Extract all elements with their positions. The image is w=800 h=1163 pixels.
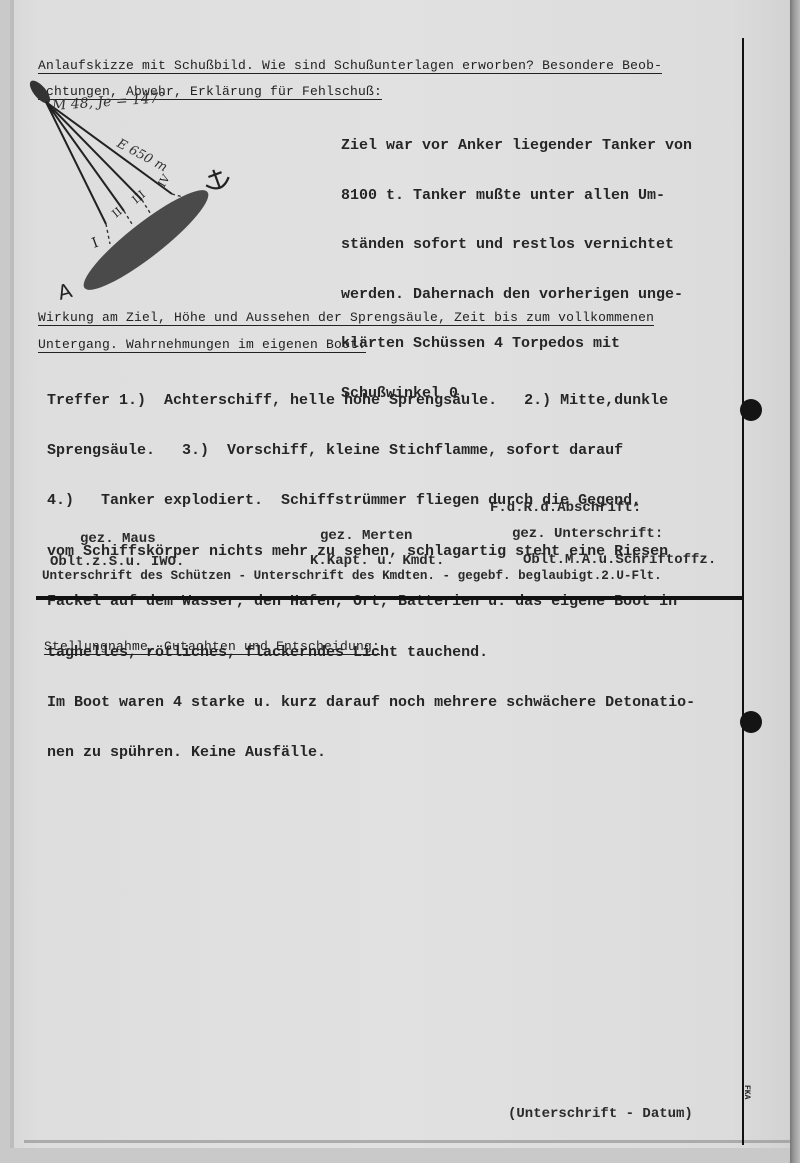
svg-text:I: I <box>90 235 101 252</box>
signature-2-name: gez. Merten <box>320 528 412 544</box>
perforated-edge <box>790 0 800 1163</box>
signature-date-caption: (Unterschrift - Datum) <box>508 1106 693 1122</box>
signature-caption: Unterschrift des Schützen - Unterschrift… <box>42 569 662 583</box>
signature-3-name: gez. Unterschrift: <box>512 526 663 542</box>
anchor-icon <box>202 166 231 193</box>
signature-3-rank: Oblt.M.A.u.Schriftoffz. <box>523 552 716 568</box>
right-margin-rule <box>742 38 744 1145</box>
punch-hole <box>740 399 762 421</box>
signature-1-rank: Oblt.z.S.u. IWO. <box>50 554 184 570</box>
u-boat-icon <box>26 77 53 106</box>
section2-heading-line1: Wirkung am Ziel, Höhe und Aussehen der S… <box>38 310 654 325</box>
section3-heading: Stellungnahme, Gutachten und Entscheidun… <box>44 639 380 654</box>
svg-text:E 650 m: E 650 m <box>113 136 169 175</box>
svg-text:A: A <box>55 278 75 305</box>
certification-label: F.d.R.d.Abschrift: <box>490 500 641 516</box>
page-left-edge <box>10 0 14 1148</box>
signature-1-name: gez. Maus <box>80 531 156 547</box>
page-bottom-edge <box>24 1140 800 1143</box>
punch-hole <box>740 711 762 733</box>
signature-2-rank: K.Kapt. u. Kmdt. <box>310 553 444 569</box>
section-divider <box>36 596 744 600</box>
margin-stamp: FKA <box>742 1085 751 1099</box>
svg-text:IV: IV <box>155 171 173 189</box>
section1-heading-line1: Anlaufskizze mit Schußbild. Wie sind Sch… <box>38 58 662 73</box>
section2-heading-line2: Untergang. Wahrnehmungen im eigenen Boot… <box>38 337 366 352</box>
